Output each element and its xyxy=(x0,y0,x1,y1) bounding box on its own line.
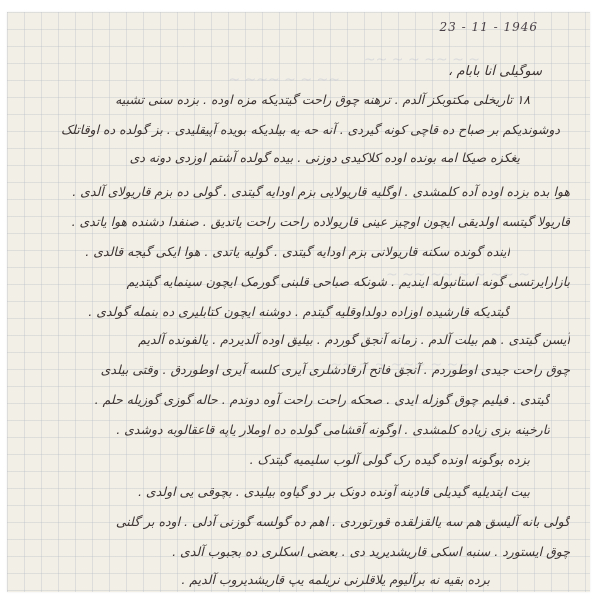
letter-line: چوق ایستورد . سنبه اسکی قاریشدیرید دی . … xyxy=(25,544,570,559)
letter-line: اینده گونده سکنه قاریولانی بزم اودایه گی… xyxy=(60,244,510,259)
letter-line: قاریولا گیتسه اولدیقی ایچون اوچیز عینی ق… xyxy=(25,214,570,229)
letter-line: بزده بوگونه اونده گیده رک گولی آلوب سلیم… xyxy=(100,452,530,467)
letter-line: بیت ایتدیلیه گیدیلی قادینه آونده دونک بر… xyxy=(50,484,530,499)
salutation: سوگیلی آنا بابام ، xyxy=(448,64,542,79)
letter-date: 23 - 11 - 1946 xyxy=(440,20,538,34)
letter-line: برده بقیه نه برآلیوم یلاقلرنی نریلمه یپ … xyxy=(70,572,490,587)
letter-line: گولی بانه آلیسق هم سه یالقزلقده قورتوردی… xyxy=(25,514,570,529)
bleed-through-text: ~~ ~ ~ ~~~ ~ xyxy=(228,72,340,88)
letter-line: تارخینه بزی زیاده کلمشدی . اوگونه آقشامی… xyxy=(25,422,550,437)
letter-line: گیتدیکه قارشیده اوزاده دولداوقلیه گیتدم … xyxy=(40,304,510,319)
letter-line: دوشوندیکم بر صباح ده قاچی کونه گیردی . آ… xyxy=(20,122,560,137)
letter-line: بازارایرتسی گونه استانبوله ایندیم . شونک… xyxy=(25,274,570,289)
letter-line: ۱۸ تاریخلی مکتوبکز آلدم . ترهنه چوق راحت… xyxy=(70,92,530,107)
letter-paper: ~ ~ ~~ ~ ~ ~~ ~~ ~ ~ ~~~ ~ ~ ~~ ~ ~ ~~ ~… xyxy=(7,12,590,592)
letter-line: آیسن گیتدی . هم بیلت آلدم . زمانه آنجق گ… xyxy=(25,332,570,347)
letter-line: یغکزه صیکا امه بونده اوده کلاکیدی دوزنی … xyxy=(20,150,520,165)
letter-line: چوق راحت جیدی اوطوردم . آنجق فاتح آرقادش… xyxy=(25,362,570,377)
letter-line: هوا بده بزده اوده آده کلمشدی . اوگلیه قا… xyxy=(25,184,570,199)
letter-line: گیتدی . فیلیم چوق گوزله ایدی . صحکه راحت… xyxy=(25,392,550,407)
